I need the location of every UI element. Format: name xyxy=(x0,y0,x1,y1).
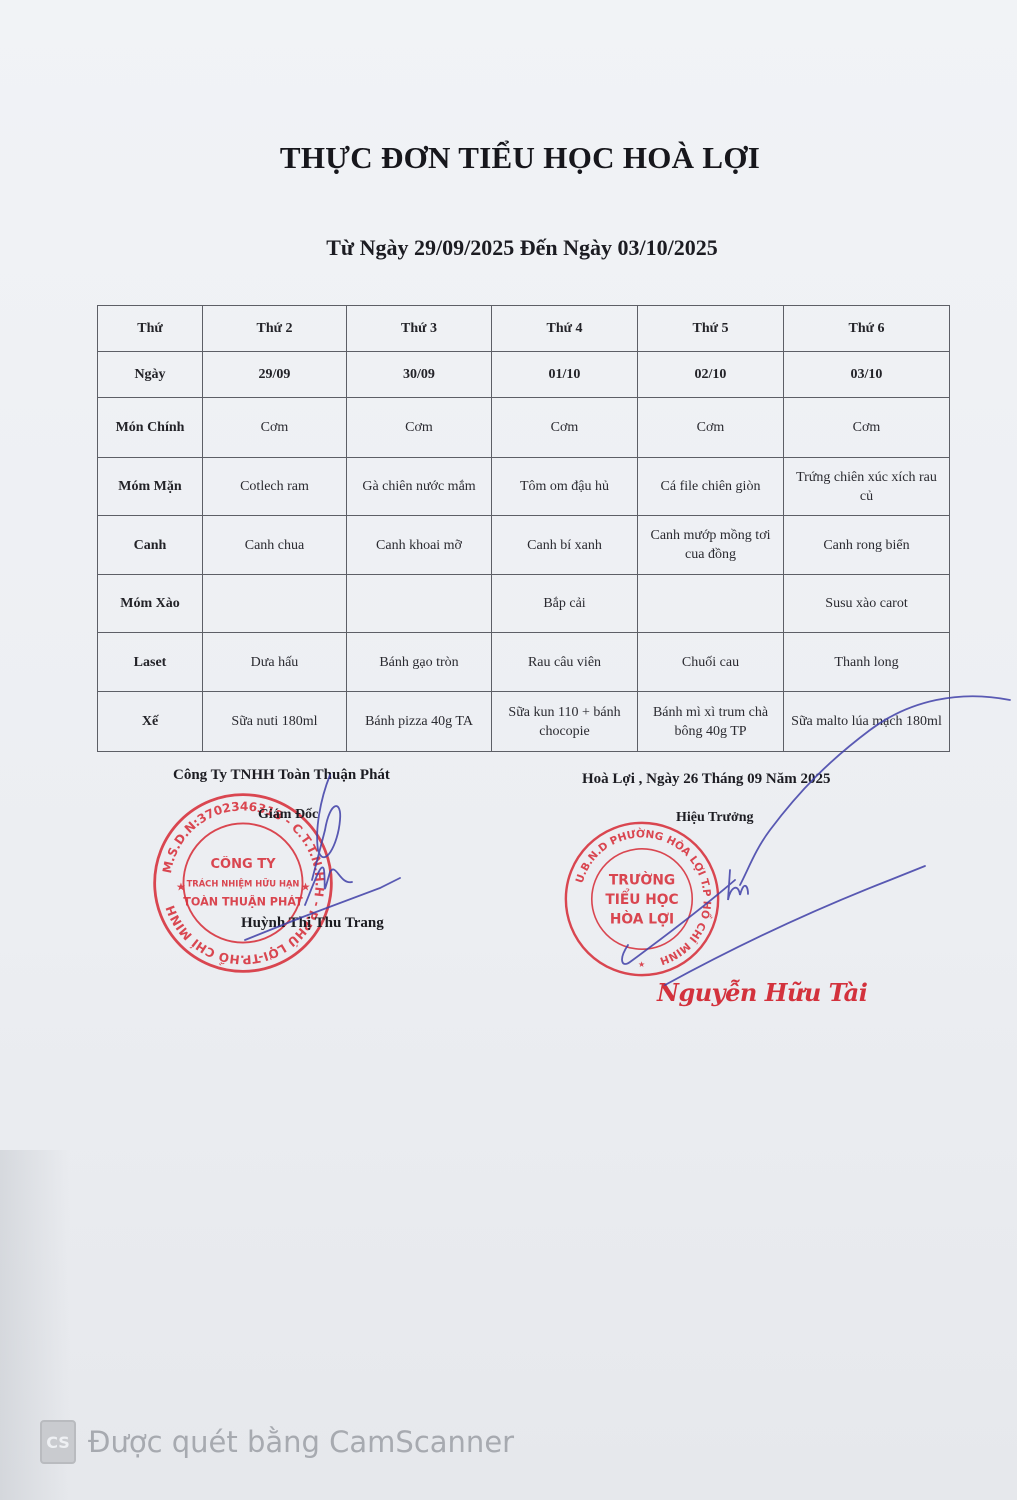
company-signer-name: Huỳnh Thị Thu Trang xyxy=(241,915,384,932)
menu-cell: Canh khoai mỡ xyxy=(347,516,492,575)
principal-role: Hiệu Trưởng xyxy=(676,810,753,826)
header-label: Thứ xyxy=(98,306,203,352)
table-row: Móm MặnCotlech ramGà chiên nước mắmTôm o… xyxy=(98,458,950,516)
svg-text:TIỂU HỌC: TIỂU HỌC xyxy=(605,888,678,908)
menu-cell: Trứng chiên xúc xích rau củ xyxy=(784,458,950,516)
company-signer-role: Giám Đốc xyxy=(258,807,318,823)
row-label: Xế xyxy=(98,692,203,752)
table-row: XếSữa nuti 180mlBánh pizza 40g TASữa kun… xyxy=(98,692,950,752)
svg-text:★: ★ xyxy=(176,881,186,893)
school-stamp-icon: U.B.N.D PHƯỜNG HÒA LỢI T.P HỒ CHÍ MINH T… xyxy=(561,818,723,980)
menu-cell: Canh rong biển xyxy=(784,516,950,575)
row-label: Canh xyxy=(98,516,203,575)
svg-text:★: ★ xyxy=(301,881,311,893)
menu-cell xyxy=(638,575,784,633)
menu-cell: Cơm xyxy=(638,398,784,458)
watermark-text: Được quét bằng CamScanner xyxy=(88,1425,514,1459)
signing-date: Hoà Lợi , Ngày 26 Tháng 09 Năm 2025 xyxy=(582,771,830,788)
camscanner-logo-icon: CS xyxy=(40,1420,76,1464)
menu-cell: Sữa kun 110 + bánh chocopie xyxy=(492,692,638,752)
menu-cell: Canh chua xyxy=(203,516,347,575)
menu-cell: Sữa nuti 180ml xyxy=(203,692,347,752)
menu-cell: Thanh long xyxy=(784,633,950,692)
row-label: Móm Mặn xyxy=(98,458,203,516)
menu-cell: Tôm om đậu hủ xyxy=(492,458,638,516)
table-row: Móm XàoBắp cảiSusu xào carot xyxy=(98,575,950,633)
table-date-row: Ngày29/0930/0901/1002/1003/10 xyxy=(98,352,950,398)
svg-text:HÒA LỢI: HÒA LỢI xyxy=(610,909,674,927)
date-cell: 03/10 xyxy=(784,352,950,398)
day-header: Thứ 6 xyxy=(784,306,950,352)
svg-text:CÔNG TY: CÔNG TY xyxy=(210,856,276,872)
day-header: Thứ 2 xyxy=(203,306,347,352)
menu-cell: Cơm xyxy=(347,398,492,458)
svg-text:★: ★ xyxy=(638,960,645,969)
menu-cell: Rau câu viên xyxy=(492,633,638,692)
menu-cell: Dưa hấu xyxy=(203,633,347,692)
row-label: Laset xyxy=(98,633,203,692)
camscanner-watermark: CS Được quét bằng CamScanner xyxy=(40,1420,514,1464)
company-name: Công Ty TNHH Toàn Thuận Phát xyxy=(173,767,390,784)
menu-cell: Cotlech ram xyxy=(203,458,347,516)
page-title: THỰC ĐƠN TIỂU HỌC HOÀ LỢI xyxy=(0,140,1017,176)
menu-table: ThứThứ 2Thứ 3Thứ 4Thứ 5Thứ 6Ngày29/0930/… xyxy=(97,305,950,752)
day-header: Thứ 5 xyxy=(638,306,784,352)
date-cell: 30/09 xyxy=(347,352,492,398)
date-cell: 29/09 xyxy=(203,352,347,398)
date-range-subtitle: Từ Ngày 29/09/2025 Đến Ngày 03/10/2025 xyxy=(0,235,1017,261)
svg-text:TRƯỜNG: TRƯỜNG xyxy=(609,870,675,888)
menu-cell: Bánh gạo tròn xyxy=(347,633,492,692)
table-row: LasetDưa hấuBánh gạo trònRau câu viênChu… xyxy=(98,633,950,692)
svg-text:TRÁCH NHIỆM HỮU HẠN: TRÁCH NHIỆM HỮU HẠN xyxy=(187,878,300,889)
menu-cell: Susu xào carot xyxy=(784,575,950,633)
menu-cell: Chuối cau xyxy=(638,633,784,692)
date-cell: 02/10 xyxy=(638,352,784,398)
menu-cell: Bắp cải xyxy=(492,575,638,633)
table-header-row: ThứThứ 2Thứ 3Thứ 4Thứ 5Thứ 6 xyxy=(98,306,950,352)
date-label: Ngày xyxy=(98,352,203,398)
menu-cell: Canh mướp mồng tơi cua đồng xyxy=(638,516,784,575)
row-label: Móm Xào xyxy=(98,575,203,633)
date-cell: 01/10 xyxy=(492,352,638,398)
table-row: Món ChínhCơmCơmCơmCơmCơm xyxy=(98,398,950,458)
menu-cell xyxy=(203,575,347,633)
row-label: Món Chính xyxy=(98,398,203,458)
menu-cell: Gà chiên nước mắm xyxy=(347,458,492,516)
table-row: CanhCanh chuaCanh khoai mỡCanh bí xanhCa… xyxy=(98,516,950,575)
menu-cell: Canh bí xanh xyxy=(492,516,638,575)
menu-cell: Cá file chiên giòn xyxy=(638,458,784,516)
day-header: Thứ 4 xyxy=(492,306,638,352)
principal-name: Nguyễn Hữu Tài xyxy=(657,978,867,1007)
menu-cell: Cơm xyxy=(784,398,950,458)
menu-cell: Cơm xyxy=(203,398,347,458)
menu-cell xyxy=(347,575,492,633)
menu-cell: Cơm xyxy=(492,398,638,458)
menu-cell: Sữa malto lúa mạch 180ml xyxy=(784,692,950,752)
day-header: Thứ 3 xyxy=(347,306,492,352)
svg-text:TOÀN THUẬN PHÁT: TOÀN THUẬN PHÁT xyxy=(183,895,303,908)
menu-cell: Bánh mì xì trum chà bông 40g TP xyxy=(638,692,784,752)
menu-cell: Bánh pizza 40g TA xyxy=(347,692,492,752)
